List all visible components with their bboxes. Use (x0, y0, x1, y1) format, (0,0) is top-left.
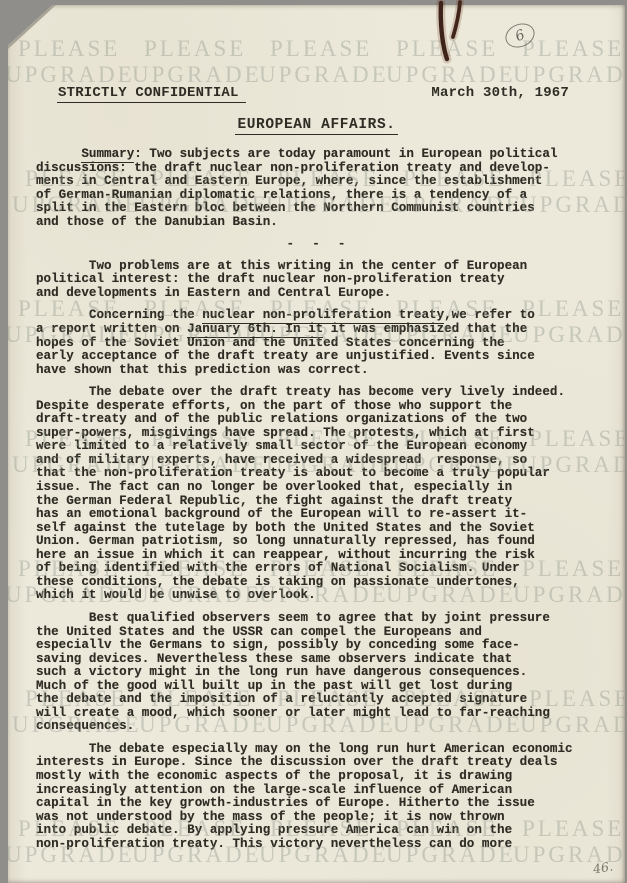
document-header: STRICTLY CONFIDENTIAL March 30th, 1967 (57, 85, 569, 103)
paragraph: Concerning the nuclear non-proliferation… (36, 309, 597, 377)
text-segment (36, 147, 81, 161)
paragraph: The debate especially may on the long ru… (36, 743, 597, 851)
paragraph: Best qualified observers seem to agree t… (36, 612, 597, 734)
paragraph: Two problems are at this writing in the … (36, 260, 597, 301)
document-date: March 30th, 1967 (431, 85, 569, 103)
text-segment: Best qualified observers seem to agree t… (36, 611, 550, 733)
staple-icon (426, 0, 476, 70)
text-segment: The debate especially may on the long ru… (36, 742, 573, 851)
page-title: EUROPEAN AFFAIRS. (8, 117, 625, 133)
scanned-page: STRICTLY CONFIDENTIAL March 30th, 1967 E… (0, 0, 627, 883)
paragraph: The debate over the draft treaty has bec… (36, 386, 597, 603)
handwritten-page-number: 6 (502, 19, 538, 52)
separator: - - - (36, 238, 597, 252)
handwritten-initials: 46. (592, 858, 614, 876)
text-segment: The debate over the draft treaty has bec… (36, 385, 565, 602)
paper: STRICTLY CONFIDENTIAL March 30th, 1967 E… (8, 5, 625, 883)
paragraph: Summary: Two subjects are today paramoun… (36, 148, 597, 229)
document-body: Summary: Two subjects are today paramoun… (36, 148, 597, 851)
page-number-digit: 6 (513, 26, 527, 44)
text-segment: Concerning the (36, 308, 202, 322)
classification-label: STRICTLY CONFIDENTIAL (57, 85, 246, 103)
text-segment: Two problems are at this writing in the … (36, 259, 527, 300)
